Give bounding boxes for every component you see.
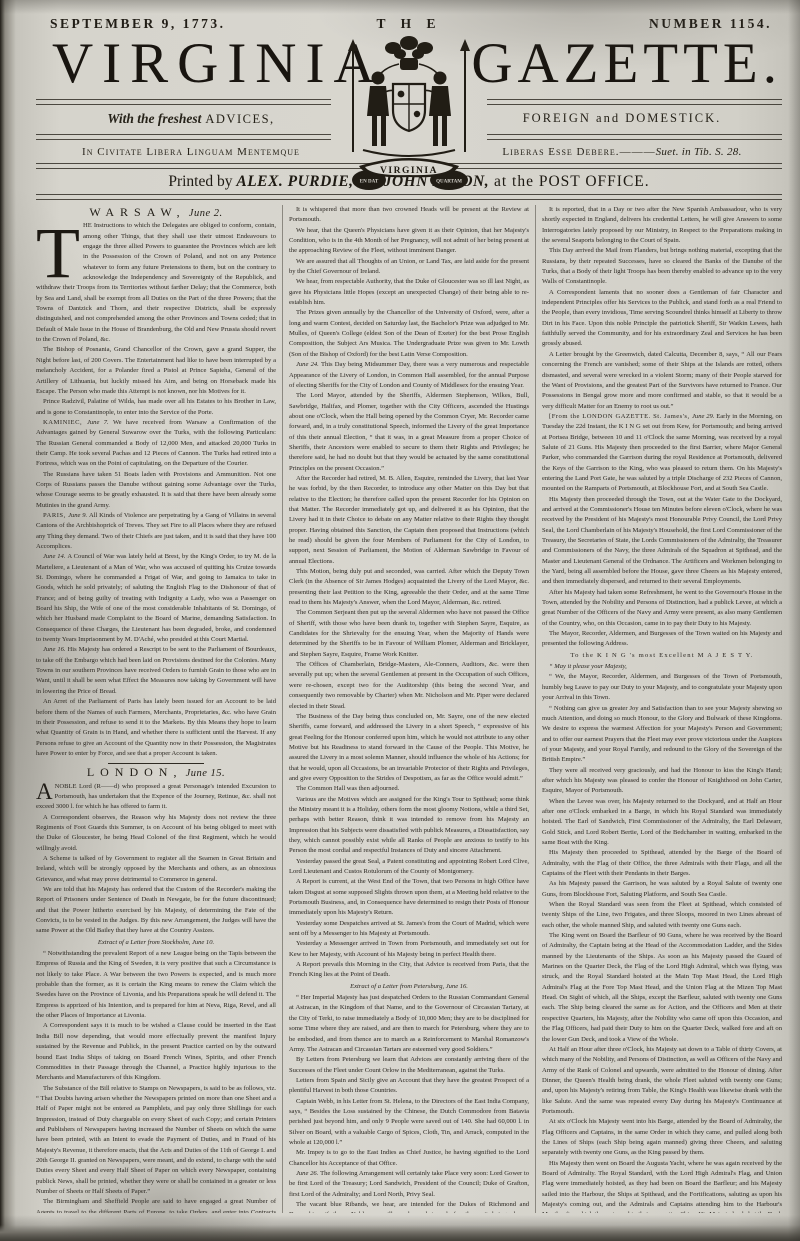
- article-paragraph: June 26. The following Arrangement will …: [289, 1169, 529, 1200]
- article-paragraph: [From the LONDON GAZETTE. St. James's, J…: [542, 412, 782, 495]
- article-paragraph: The Bishop of Posnania, Grand Chancellor…: [36, 345, 276, 397]
- article-paragraph: The King went on Board the Barfleur of 9…: [542, 931, 782, 1045]
- article-paragraph: We hear, that the Queen's Physicians hav…: [289, 226, 529, 257]
- article-paragraph: The Business of the Day being thus concl…: [289, 712, 529, 784]
- news-columns: WARSAW, June 2.THE Instructions to which…: [0, 200, 800, 1213]
- letter-caption: Extract of a Letter from Petersburg, Jun…: [289, 982, 529, 992]
- article-paragraph: When the Royal Standard was seen from th…: [542, 900, 782, 931]
- article-paragraph: We are told that his Majesty has ordered…: [36, 885, 276, 937]
- article-paragraph: The Lord Mayor, attended by the Sheriffs…: [289, 391, 529, 474]
- crest-scroll-left: EN DAT: [360, 180, 379, 185]
- news-column-2: It is whispered that more than two crown…: [282, 205, 535, 1213]
- article-paragraph: The Russians have taken 51 Boats laden w…: [36, 470, 276, 511]
- article-paragraph: Yesterday passed the great Seal, a Paten…: [289, 857, 529, 878]
- article-paragraph: This Motion, being duly put and seconded…: [289, 567, 529, 608]
- article-paragraph: KAMINIEC, June 7. We have received from …: [36, 418, 276, 470]
- tagline-left: With the freshest ADVICES,: [36, 110, 346, 128]
- masthead-top-row: SEPTEMBER 9, 1773. T H E NUMBER 1154.: [36, 14, 782, 32]
- paper-title-right: GAZETTE.: [471, 31, 782, 96]
- article-paragraph: A Correspondent says it is much to be wi…: [36, 1021, 276, 1083]
- article-paragraph: The Substance of the Bill relative to St…: [36, 1084, 276, 1198]
- article-paragraph: June 16. His Majesty has ordered a Rescr…: [36, 645, 276, 697]
- newspaper-page: SEPTEMBER 9, 1773. T H E NUMBER 1154. VI…: [0, 0, 800, 1241]
- motto-citation: Suet. in Tib. S. 28.: [656, 146, 742, 158]
- article-paragraph: June 24. This Day being Midsummer Day, t…: [289, 360, 529, 391]
- article-paragraph: An Arret of the Parliament of Paris has …: [36, 697, 276, 759]
- section-divider: [108, 763, 204, 764]
- article-paragraph: His Majesty then went on Board the Augus…: [542, 1159, 782, 1213]
- article-paragraph: We hear, from respectable Authority, tha…: [289, 277, 529, 308]
- crest-scroll-right: QUARTAM: [436, 180, 462, 185]
- article-paragraph: A Correspondent observes, the Reason why…: [36, 813, 276, 854]
- article-paragraph: The Prizes given annually by the Chancel…: [289, 308, 529, 360]
- masthead-the: T H E: [36, 16, 782, 32]
- motto-right: Liberas Esse Debere.———Suet. in Tib. S. …: [462, 146, 782, 158]
- article-paragraph: His Majesty then proceeded to Spithead, …: [542, 848, 782, 879]
- article-paragraph: This Day arrived the Mail from Flanders,…: [542, 246, 782, 287]
- article-paragraph: The Common Hall was then adjourned.: [289, 784, 529, 794]
- tagline-right: FOREIGN and DOMESTICK.: [462, 111, 782, 126]
- address-heading: To the K I N G 's most Excellent M A J E…: [542, 651, 782, 661]
- article-paragraph: A Report is current, at the West End of …: [289, 877, 529, 918]
- article-paragraph: Various are the Motives which are assign…: [289, 795, 529, 857]
- motto-left: In Civitate Libera Linguam Mentemque: [36, 146, 346, 158]
- crest-banner-text: VIRGINIA: [380, 166, 438, 176]
- article-paragraph: The vacant blue Ribands, we hear, are in…: [289, 1200, 529, 1213]
- article-paragraph: A Letter brought by the Greenwich, dated…: [542, 350, 782, 412]
- article-paragraph: By Letters from Petersburg we learn that…: [289, 1055, 529, 1076]
- article-paragraph: Prince Radzivil, Palatine of Wilda, has …: [36, 397, 276, 418]
- article-paragraph: “ We, the Mayor, Recorder, Aldermen, and…: [542, 672, 782, 703]
- article-paragraph: Letters from Spain and Sicily give an Ac…: [289, 1076, 529, 1097]
- article-paragraph: As his Majesty passed the Garrison, he w…: [542, 879, 782, 900]
- article-paragraph: When the Levee was over, his Majesty ret…: [542, 797, 782, 849]
- article-paragraph: “ Notwithstanding the prevalent Report o…: [36, 949, 276, 1021]
- article-paragraph: June 14. A Council of War was lately hel…: [36, 552, 276, 645]
- article-paragraph: At six o'Clock his Majesty went into his…: [542, 1117, 782, 1158]
- article-paragraph: “ Nothing can give us greater Joy and Sa…: [542, 704, 782, 766]
- article-paragraph: The Mayor, Recorder, Aldermen, and Burge…: [542, 629, 782, 650]
- article-paragraph: They were all received very graciously, …: [542, 766, 782, 797]
- news-column-3: It is reported, that in a Day or two aft…: [535, 205, 788, 1213]
- article-paragraph: Captain Webb, in his Letter from St. Hel…: [289, 1097, 529, 1149]
- section-heading: LONDON, June 15.: [36, 767, 276, 779]
- article-paragraph: Yesterday a Messenger arrived in Town fr…: [289, 939, 529, 960]
- article-paragraph: The Birmingham and Sheffield People are …: [36, 1197, 276, 1213]
- page-bottom-edge: [0, 1225, 800, 1241]
- article-paragraph: After the Recorder had retired, M. B. Al…: [289, 474, 529, 567]
- article-paragraph: Mr. Impey is to go to the East Indies as…: [289, 1148, 529, 1169]
- news-column-1: WARSAW, June 2.THE Instructions to which…: [30, 205, 282, 1213]
- tagline-blackletter: With the freshest: [107, 111, 201, 126]
- drop-cap: T: [36, 221, 83, 283]
- article-paragraph: The Offices of Chamberlain, Bridge-Maste…: [289, 660, 529, 712]
- letter-caption: Extract of a Letter from Stockholm, June…: [36, 938, 276, 948]
- article-paragraph: Yesterday some Despatches arrived at St.…: [289, 919, 529, 940]
- article-paragraph: “ May it please your Majesty,: [542, 662, 782, 672]
- article-paragraph: PARIS, June 9. All Kinds of Violence are…: [36, 511, 276, 552]
- article-paragraph: It is whispered that more than two crown…: [289, 205, 529, 226]
- article-paragraph: At Half an Hour after three o'Clock, his…: [542, 1045, 782, 1117]
- article-paragraph: A Scheme is talked of by Government to r…: [36, 854, 276, 885]
- article-paragraph: A Report prevails this Morning in the Ci…: [289, 960, 529, 981]
- article-paragraph: We are assured that all Thoughts of an U…: [289, 257, 529, 278]
- tagline-advices: ADVICES,: [205, 112, 274, 126]
- article-paragraph: His Majesty then proceeded through the T…: [542, 495, 782, 588]
- article-paragraph: A Correspondent laments that no sooner d…: [542, 288, 782, 350]
- article-paragraph: The Common Serjeant then put up the seve…: [289, 608, 529, 660]
- virginia-coat-of-arms: VIRGINIA EN DAT QUARTAM: [333, 34, 485, 200]
- article-paragraph: “ Her Imperial Majesty has just despatch…: [289, 993, 529, 1055]
- article-paragraph: It is reported, that in a Day or two aft…: [542, 205, 782, 246]
- article-paragraph: ANOBLE Lord (R——d) who proposed a great …: [36, 782, 276, 813]
- article-paragraph: After his Majesty had taken some Refresh…: [542, 588, 782, 629]
- article-paragraph: THE Instructions to which the Delegates …: [36, 221, 276, 345]
- drop-cap: A: [36, 782, 55, 801]
